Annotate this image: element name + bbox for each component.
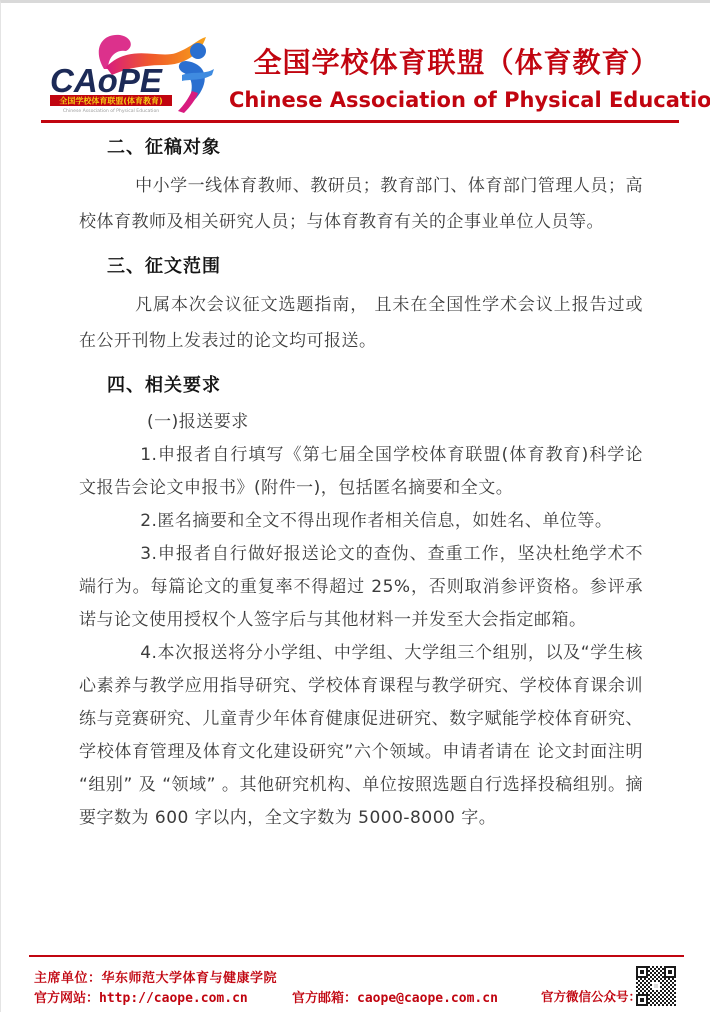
subheading-submission-requirements: (一)报送要求 (79, 406, 643, 439)
header-divider (41, 120, 679, 123)
page-title-chinese: 全国学校体育联盟（体育教育） (229, 45, 684, 81)
wechat-qr-graphic (634, 964, 678, 1008)
requirement-item-1: 1.申报者自行填写《第七届全国学校体育联盟(体育教育)科学论文报告会论文申报书》… (79, 439, 643, 505)
footer-website: 官方网站：http://caope.com.cn (34, 987, 248, 1006)
section-heading-requirements: 四、相关要求 (107, 373, 643, 398)
caope-logo: CAoPE 全国学校体育联盟(体育教育) Chinese Association… (46, 29, 236, 119)
document-body: 二、征稿对象 中小学一线体育教师、教研员；教育部门、体育部门管理人员；高校体育教… (79, 135, 643, 835)
footer-email: 官方邮箱：caope@caope.com.cn (292, 987, 498, 1006)
logo-figure-leg (178, 91, 198, 113)
qr-finder-bottom-left (636, 994, 648, 1006)
footer-divider (29, 955, 684, 957)
footer-website-label: 官方网站： (34, 991, 99, 1006)
paragraph-paper-scope: 凡属本次会议征文选题指南， 且未在全国性学术会议上报告过或在公开刊物上发表过的论… (79, 287, 643, 359)
wechat-qr-code (634, 964, 678, 1008)
requirement-item-4: 4.本次报送将分小学组、中学组、大学组三个组别，以及“学生核心素养与教学应用指导… (79, 637, 643, 835)
footer-email-label: 官方邮箱： (292, 991, 357, 1006)
requirement-item-3: 3.申报者自行做好报送论文的查伪、查重工作，坚决杜绝学术不端行为。每篇论文的重复… (79, 538, 643, 637)
qr-finder-top-right (664, 966, 676, 978)
footer-website-link[interactable]: http://caope.com.cn (99, 991, 248, 1006)
section-heading-submission-targets: 二、征稿对象 (107, 135, 643, 160)
logo-acronym: CAoPE (50, 62, 163, 99)
page-title-english: Chinese Association of Physical Educatio… (229, 87, 684, 113)
qr-finder-top-left (636, 966, 648, 978)
document-page: CAoPE 全国学校体育联盟(体育教育) Chinese Association… (0, 0, 710, 1012)
logo-banner-subtext: Chinese Association of Physical Educatio… (63, 108, 159, 114)
caope-logo-graphic: CAoPE 全国学校体育联盟(体育教育) Chinese Association… (46, 29, 236, 119)
logo-banner-text: 全国学校体育联盟(体育教育) (59, 96, 162, 106)
logo-figure-head (190, 43, 206, 59)
section-heading-paper-scope: 三、征文范围 (107, 254, 643, 279)
paragraph-submission-targets: 中小学一线体育教师、教研员；教育部门、体育部门管理人员；高校体育教师及相关研究人… (79, 168, 643, 240)
footer-host-institution: 主席单位：华东师范大学体育与健康学院 (34, 967, 277, 986)
footer-email-link[interactable]: caope@caope.com.cn (357, 991, 498, 1006)
requirement-item-2: 2.匿名摘要和全文不得出现作者相关信息，如姓名、单位等。 (79, 505, 643, 538)
footer-wechat-label: 官方微信公众号： (541, 987, 641, 1005)
